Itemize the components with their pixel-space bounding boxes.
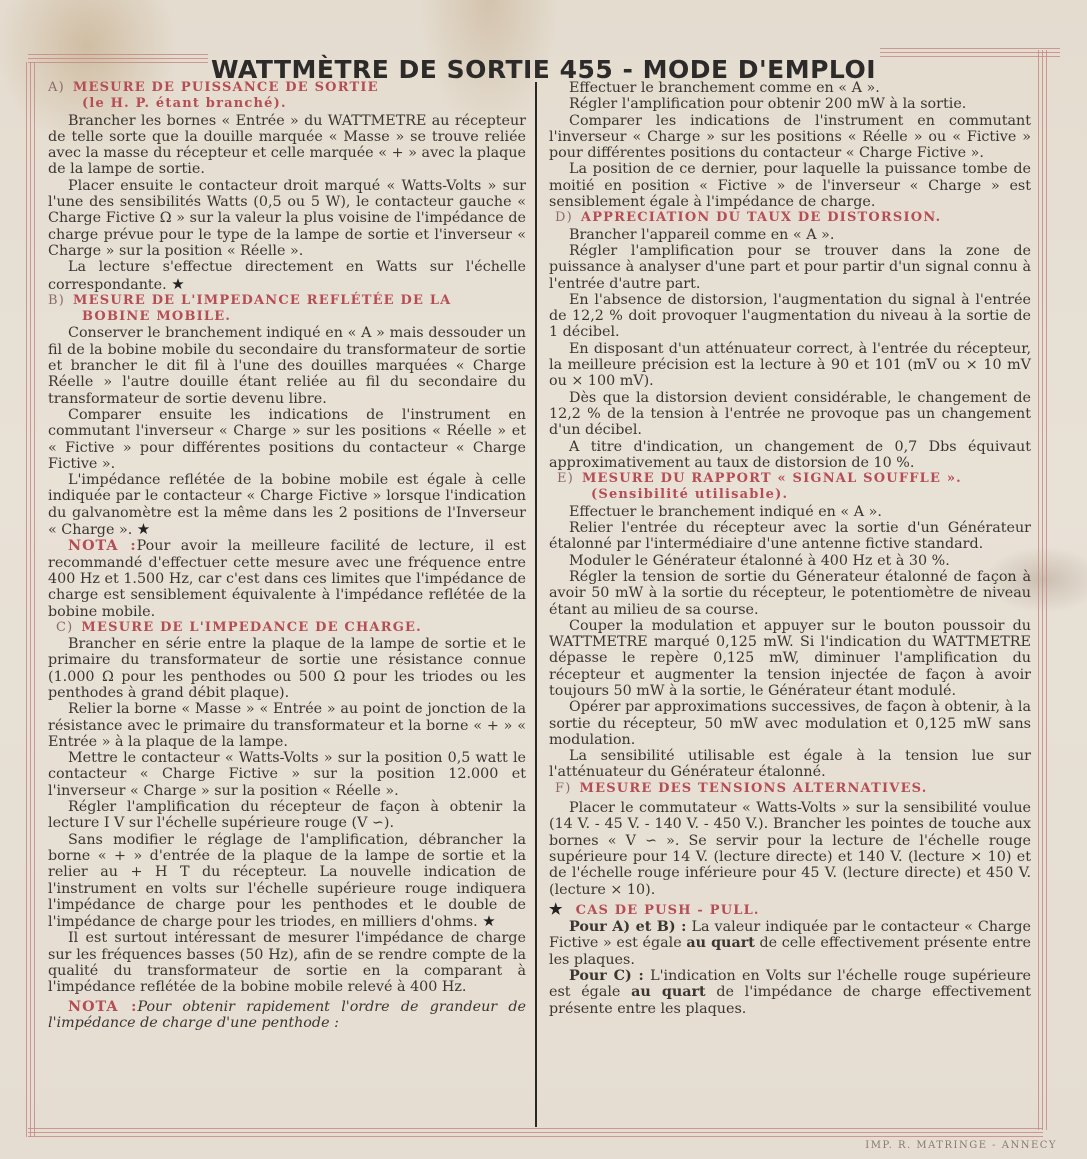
section-a-subheading: (le H. P. étant branché). [48,96,526,112]
star-icon: ★ [482,912,495,930]
section-b-subheading: BOBINE MOBILE. [48,309,526,325]
section-c-paragraph: Régler l'amplification du récepteur de f… [48,799,526,832]
section-c-paragraph: Brancher en série entre la plaque de la … [48,636,526,701]
section-c: C)MESURE DE L'IMPEDANCE DE CHARGE. Branc… [48,620,526,1031]
column-divider [535,82,537,1127]
right-column: Effectuer le branchement comme en « A ».… [549,80,1031,1017]
section-e-subheading: (Sensibilité utilisable). [557,487,1031,503]
section-c-paragraph: Relier la borne « Masse » « Entrée » au … [48,701,526,750]
section-push-pull: ★CAS DE PUSH - PULL. Pour A) et B) : La … [549,901,1031,1017]
section-c-paragraph: Sans modifier le réglage de l'amplificat… [48,832,526,931]
section-c-continued: Effectuer le branchement comme en « A ».… [549,80,1031,210]
section-e-paragraph: La sensibilité utilisable est égale à la… [549,748,1031,781]
section-d-paragraph: En disposant d'un atténuateur correct, à… [549,341,1031,390]
left-border [24,62,36,1137]
section-c-heading: C)MESURE DE L'IMPEDANCE DE CHARGE. [48,620,526,636]
section-b-paragraph: Conserver le branchement indiqué en « A … [48,325,526,406]
printer-credit: IMP. R. MATRINGE - ANNECY [865,1140,1057,1151]
section-b-paragraph: Comparer ensuite les indications de l'in… [48,407,526,472]
section-d: D)APPRECIATION DU TAUX DE DISTORSION. Br… [549,210,1031,471]
section-c-paragraph: Il est surtout intéressant de mesurer l'… [48,930,526,995]
push-pull-heading: ★CAS DE PUSH - PULL. [549,901,1031,919]
continued-paragraph: La position de ce dernier, pour laquelle… [549,161,1031,210]
section-a: A)MESURE DE PUISSANCE DE SORTIE (le H. P… [48,80,526,293]
section-e-paragraph: Régler la tension de sortie du Génerateu… [549,569,1031,618]
section-d-paragraph: Brancher l'appareil comme en « A ». [549,227,1031,243]
section-d-heading: D)APPRECIATION DU TAUX DE DISTORSION. [549,210,1031,226]
push-pull-ab: Pour A) et B) : La valeur indiquée par l… [549,919,1031,968]
section-d-paragraph: Régler l'amplification pour se trouver d… [549,243,1031,292]
star-icon: ★ [549,900,564,918]
section-e-heading: E)MESURE DU RAPPORT « SIGNAL SOUFFLE ». … [549,471,1031,504]
nota-label: NOTA : [68,538,137,554]
bottom-border [28,1126,1043,1138]
section-c-paragraph: Mettre le contacteur « Watts-Volts » sur… [48,750,526,799]
left-column: A)MESURE DE PUISSANCE DE SORTIE (le H. P… [48,80,526,1031]
section-a-paragraph: La lecture s'effectue directement en Wat… [48,259,526,293]
section-e-paragraph: Relier l'entrée du récepteur avec la sor… [549,520,1031,553]
continued-paragraph: Régler l'amplification pour obtenir 200 … [549,96,1031,112]
section-e: E)MESURE DU RAPPORT « SIGNAL SOUFFLE ». … [549,471,1031,781]
section-e-paragraph: Effectuer le branchement indiqué en « A … [549,504,1031,520]
section-f-paragraph: Placer le commutateur « Watts-Volts » su… [549,800,1031,898]
section-b-paragraph: L'impédance reflétée de la bobine mobile… [48,472,526,538]
section-e-paragraph: Opérer par approximations successives, d… [549,699,1031,748]
section-f-heading: F)MESURE DES TENSIONS ALTERNATIVES. [549,781,1031,797]
push-pull-c: Pour C) : L'indication en Volts sur l'éc… [549,968,1031,1017]
star-icon: ★ [137,520,150,538]
section-b-heading: B)MESURE DE L'IMPEDANCE REFLÉTÉE DE LA B… [48,293,526,326]
section-a-paragraph: Placer ensuite le contacteur droit marqu… [48,178,526,259]
star-icon: ★ [171,275,184,293]
section-e-paragraph: Moduler le Générateur étalonné à 400 Hz … [549,553,1031,569]
section-d-paragraph: Dès que la distorsion devient considérab… [549,390,1031,439]
section-b: B)MESURE DE L'IMPEDANCE REFLÉTÉE DE LA B… [48,293,526,620]
section-b-nota: NOTA :Pour avoir la meilleure facilité d… [48,538,526,619]
section-a-heading: A)MESURE DE PUISSANCE DE SORTIE (le H. P… [48,80,526,113]
continued-paragraph: Effectuer le branchement comme en « A ». [549,80,1031,96]
section-a-paragraph: Brancher les bornes « Entrée » du WATTME… [48,113,526,178]
nota-label: NOTA : [68,999,137,1015]
section-c-nota: NOTA :Pour obtenir rapidement l'ordre de… [48,999,526,1032]
section-d-paragraph: A titre d'indication, un changement de 0… [549,439,1031,472]
section-d-paragraph: En l'absence de distorsion, l'augmentati… [549,292,1031,341]
section-e-paragraph: Couper la modulation et appuyer sur le b… [549,618,1031,699]
section-f: F)MESURE DES TENSIONS ALTERNATIVES. Plac… [549,781,1031,898]
continued-paragraph: Comparer les indications de l'instrument… [549,113,1031,162]
right-border [1036,50,1048,1130]
